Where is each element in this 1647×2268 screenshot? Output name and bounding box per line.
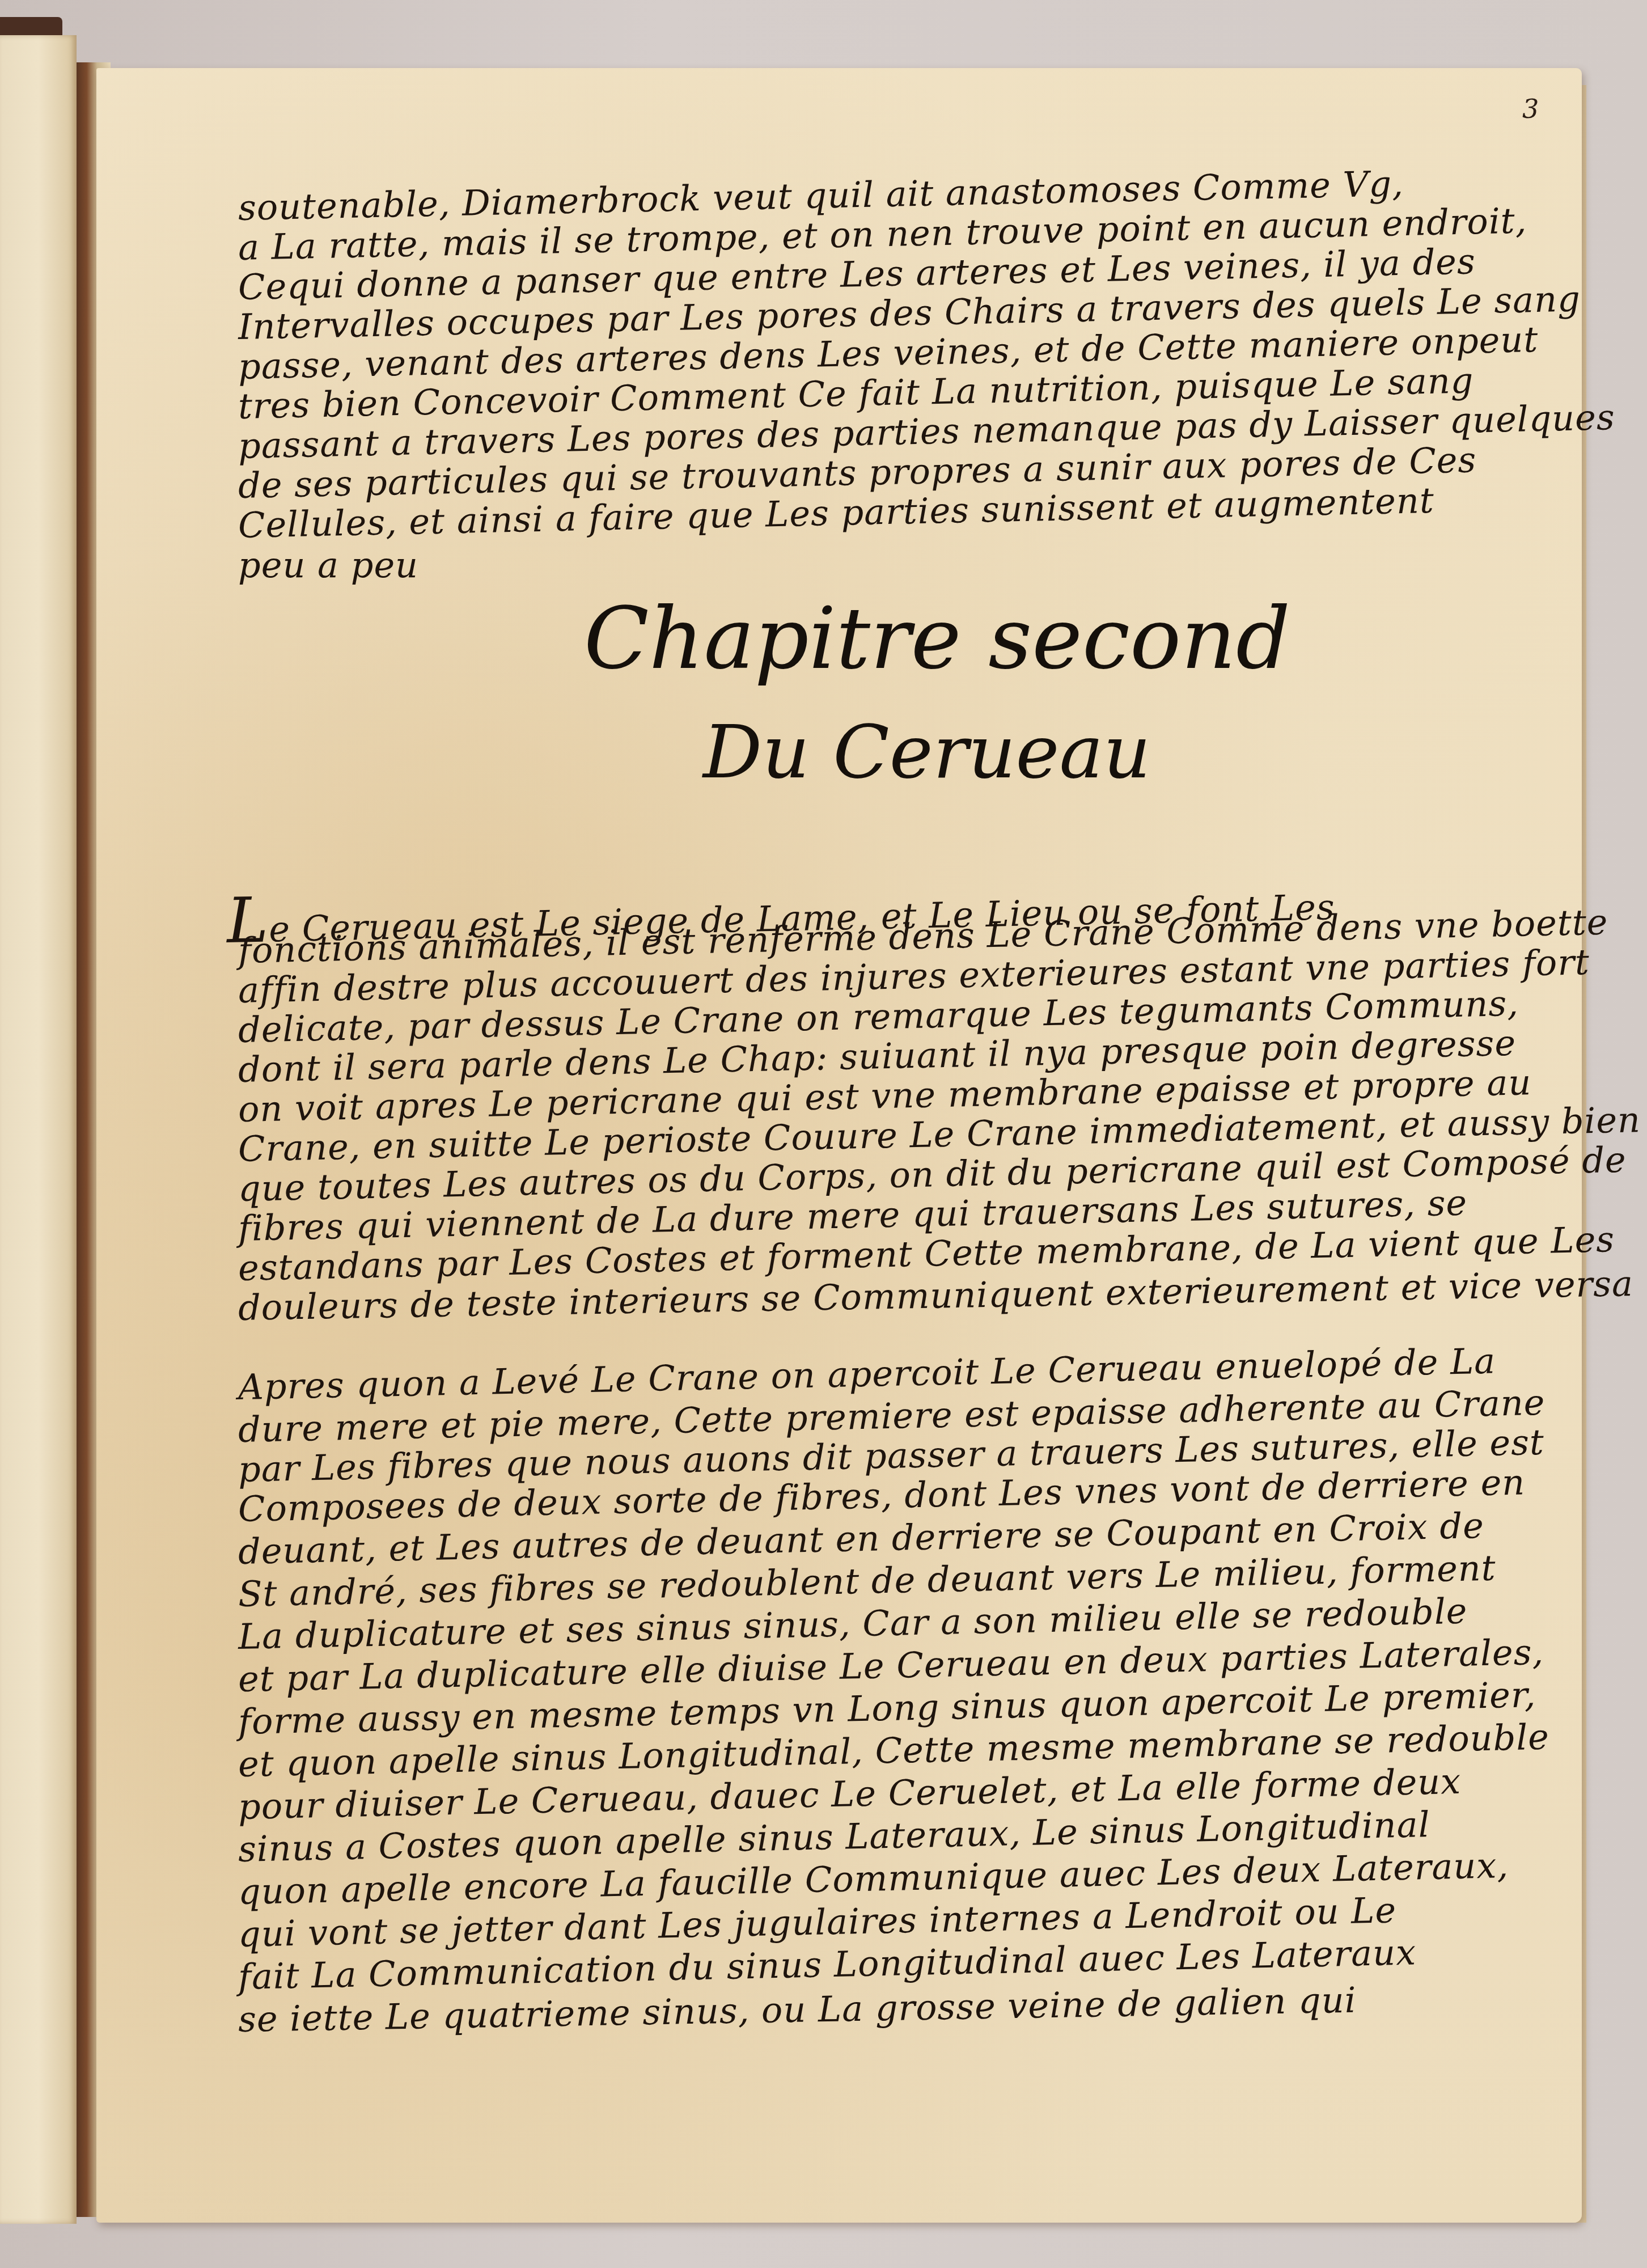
chapter-subtitle: Du Cerueau: [703, 709, 1151, 795]
facing-page-edge: [0, 35, 77, 2224]
page-number: 3: [1522, 94, 1539, 124]
chapter-title: Chapitre second: [584, 590, 1290, 688]
text-line: peu a peu: [238, 544, 1429, 586]
